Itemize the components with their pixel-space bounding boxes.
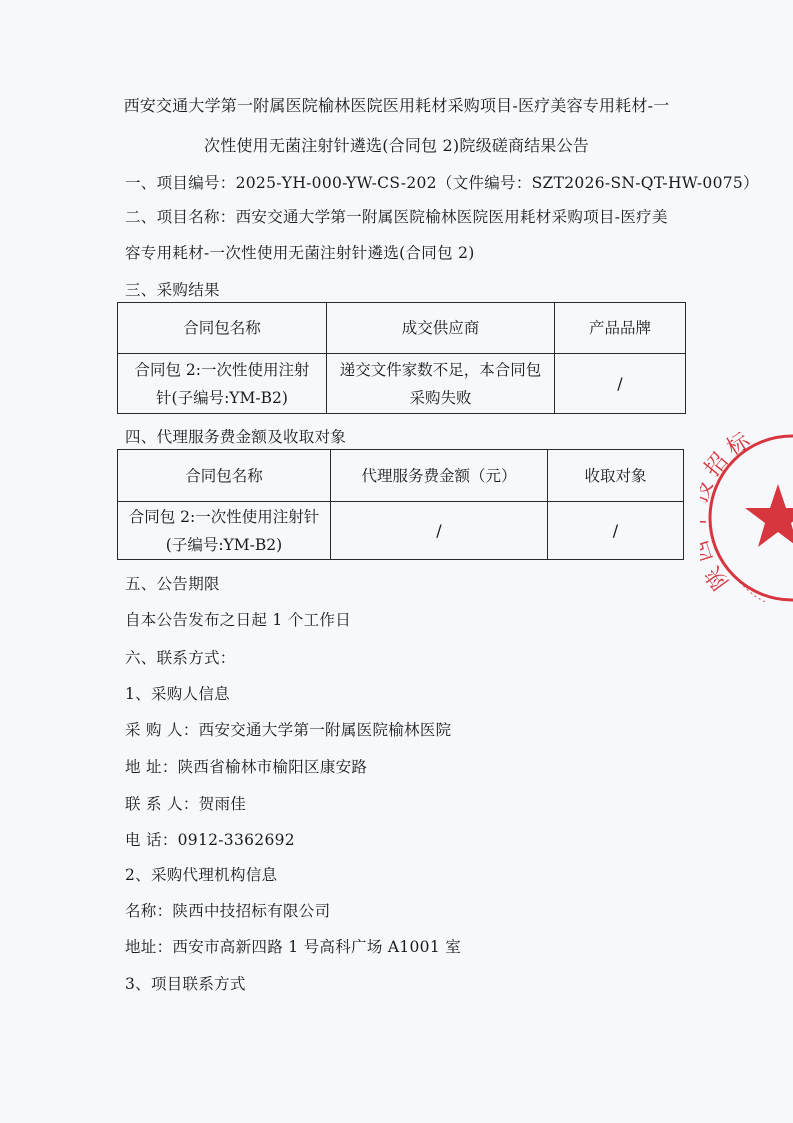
agency-info-heading: 2、采购代理机构信息 bbox=[125, 864, 277, 886]
section-heading-notice-period: 五、公告期限 bbox=[125, 573, 220, 595]
project-name-line-2: 容专用耗材-一次性使用无菌注射针遴选(合同包 2) bbox=[125, 242, 475, 264]
cell-text: 递交文件家数不足，本合同包 bbox=[327, 356, 554, 384]
document-page: 西安交通大学第一附属医院榆林医院医用耗材采购项目-医疗美容专用耗材-一 次性使用… bbox=[0, 0, 793, 1123]
cell-fee-amount: / bbox=[331, 502, 548, 560]
purchaser-address: 地 址：陕西省榆林市榆阳区康安路 bbox=[125, 756, 367, 778]
cell-text: 针(子编号:YM-B2) bbox=[118, 384, 326, 412]
purchaser-contact: 联 系 人：贺雨佳 bbox=[125, 793, 246, 815]
cell-text: (子编号:YM-B2) bbox=[118, 531, 330, 559]
document-title-line-1: 西安交通大学第一附属医院榆林医院医用耗材采购项目-医疗美容专用耗材-一 bbox=[0, 95, 793, 117]
procurement-result-table: 合同包名称 成交供应商 产品品牌 合同包 2:一次性使用注射 针(子编号:YM-… bbox=[117, 302, 686, 414]
cell-payer: / bbox=[548, 502, 684, 560]
cell-text: 合同包 2:一次性使用注射针 bbox=[118, 503, 330, 531]
header-package-name: 合同包名称 bbox=[118, 303, 327, 354]
table-row: 合同包 2:一次性使用注射 针(子编号:YM-B2) 递交文件家数不足，本合同包… bbox=[118, 354, 686, 414]
project-name-line-1: 二、项目名称：西安交通大学第一附属医院榆林医院医用耗材采购项目-医疗美 bbox=[125, 206, 668, 228]
seal-star-icon bbox=[745, 484, 793, 547]
cell-text: 采购失败 bbox=[327, 384, 554, 412]
notice-period-text: 自本公告发布之日起 1 个工作日 bbox=[125, 609, 351, 631]
purchaser-name: 采 购 人：西安交通大学第一附属医院榆林医院 bbox=[125, 719, 451, 741]
header-fee-amount: 代理服务费金额（元） bbox=[331, 450, 548, 502]
agency-address: 地址：西安市高新四路 1 号高科广场 A1001 室 bbox=[125, 936, 461, 958]
cell-package-name: 合同包 2:一次性使用注射 针(子编号:YM-B2) bbox=[118, 354, 327, 414]
header-payer: 收取对象 bbox=[548, 450, 684, 502]
cell-brand: / bbox=[555, 354, 686, 414]
table-header-row: 合同包名称 代理服务费金额（元） 收取对象 bbox=[118, 450, 684, 502]
section-heading-agency-fee: 四、代理服务费金额及收取对象 bbox=[125, 426, 346, 448]
section-heading-procurement-result: 三、采购结果 bbox=[125, 279, 220, 301]
header-supplier: 成交供应商 bbox=[327, 303, 555, 354]
document-title-line-2: 次性使用无菌注射针遴选(合同包 2)院级磋商结果公告 bbox=[0, 135, 793, 157]
section-heading-contact: 六、联系方式： bbox=[125, 647, 236, 669]
table-header-row: 合同包名称 成交供应商 产品品牌 bbox=[118, 303, 686, 354]
cell-package-name: 合同包 2:一次性使用注射针 (子编号:YM-B2) bbox=[118, 502, 331, 560]
purchaser-info-heading: 1、采购人信息 bbox=[125, 683, 230, 705]
header-brand: 产品品牌 bbox=[555, 303, 686, 354]
project-number: 一、项目编号：2025-YH-000-YW-CS-202（文件编号：SZT202… bbox=[125, 172, 759, 194]
table-row: 合同包 2:一次性使用注射针 (子编号:YM-B2) / / bbox=[118, 502, 684, 560]
header-package-name: 合同包名称 bbox=[118, 450, 331, 502]
official-seal-icon: 陕西中技招标 bbox=[700, 432, 793, 602]
cell-text: 合同包 2:一次性使用注射 bbox=[118, 356, 326, 384]
agency-fee-table: 合同包名称 代理服务费金额（元） 收取对象 合同包 2:一次性使用注射针 (子编… bbox=[117, 449, 684, 560]
agency-name: 名称：陕西中技招标有限公司 bbox=[125, 900, 330, 922]
project-contact-heading: 3、项目联系方式 bbox=[125, 973, 246, 995]
cell-supplier: 递交文件家数不足，本合同包 采购失败 bbox=[327, 354, 555, 414]
purchaser-phone: 电 话：0912-3362692 bbox=[125, 829, 295, 851]
